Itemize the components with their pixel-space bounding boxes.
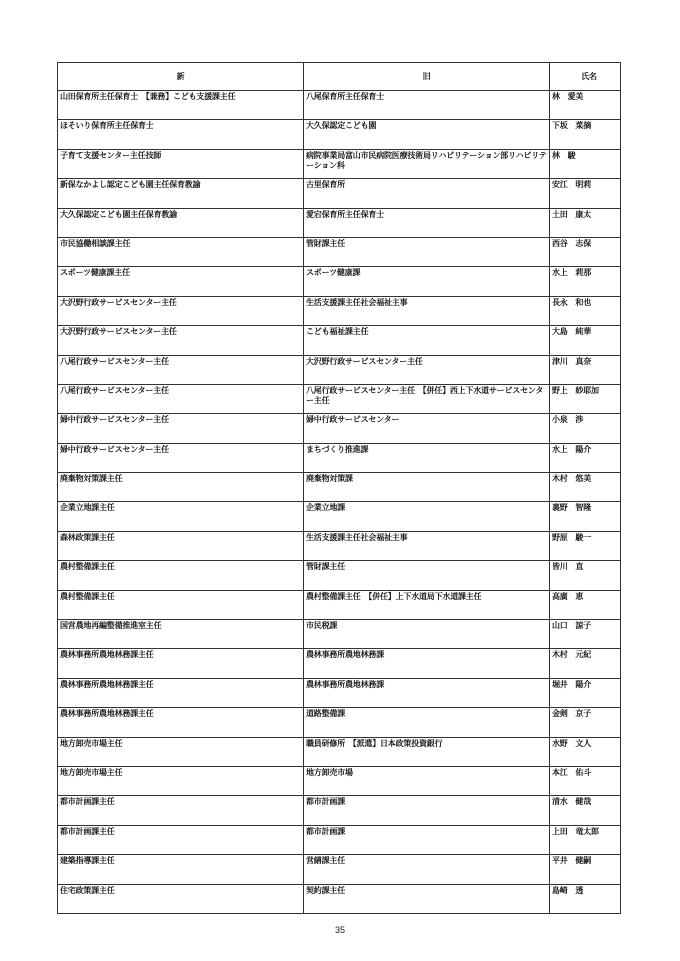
new-position-cell: 森林政策課主任 [58, 531, 304, 560]
old-position-cell: 企業立地課 [304, 502, 550, 531]
table-row: 建築指導課主任営繕課主任平井 健嗣 [58, 855, 621, 884]
old-position-cell: 生活支援課主任社会福祉主事 [304, 296, 550, 325]
table-row: 大沢野行政サービスセンター主任こども福祉課主任大島 純華 [58, 326, 621, 355]
table-row: 農林事務所農地林務課主任農林事務所農地林務課堀井 陽介 [58, 678, 621, 707]
table-row: 市民協働相談課主任管財課主任西谷 志保 [58, 237, 621, 266]
new-position-cell: 農林事務所農地林務課主任 [58, 649, 304, 678]
new-position-cell: 企業立地課主任 [58, 502, 304, 531]
name-cell: 西谷 志保 [550, 237, 621, 266]
table-row: 農村整備課主任農村整備課主任 【併任】上下水道局下水道課主任高廣 恵 [58, 590, 621, 619]
old-position-cell: 農林事務所農地林務課 [304, 649, 550, 678]
name-cell: 木村 悠美 [550, 473, 621, 502]
new-position-cell: 都市計画課主任 [58, 796, 304, 825]
table-row: 婦中行政サービスセンター主任まちづくり推進課水上 陽介 [58, 443, 621, 472]
header-new-position: 新 [58, 63, 304, 91]
table-row: 八尾行政サービスセンター主任大沢野行政サービスセンター主任津川 真奈 [58, 355, 621, 384]
table-row: 廃棄物対策課主任廃棄物対策課木村 悠美 [58, 473, 621, 502]
old-position-cell: 愛宕保育所主任保育士 [304, 208, 550, 237]
table-row: 大沢野行政サービスセンター主任生活支援課主任社会福祉主事長永 和也 [58, 296, 621, 325]
table-header-row: 新 旧 氏名 [58, 63, 621, 91]
name-cell: 裏野 智隆 [550, 502, 621, 531]
old-position-cell: こども福祉課主任 [304, 326, 550, 355]
name-cell: 島崎 透 [550, 884, 621, 913]
new-position-cell: スポーツ健康課主任 [58, 267, 304, 296]
name-cell: 堀井 陽介 [550, 678, 621, 707]
table-body: 山田保育所主任保育士 【兼務】こども支援課主任八尾保育所主任保育士林 愛美ほそい… [58, 91, 621, 914]
table-row: ほそいり保育所主任保育士大久保認定こども園下坂 菜摘 [58, 120, 621, 149]
old-position-cell: 都市計画課 [304, 825, 550, 854]
old-position-cell: 営繕課主任 [304, 855, 550, 884]
name-cell: 津川 真奈 [550, 355, 621, 384]
name-cell: 長永 和也 [550, 296, 621, 325]
new-position-cell: 婦中行政サービスセンター主任 [58, 443, 304, 472]
old-position-cell: スポーツ健康課 [304, 267, 550, 296]
old-position-cell: まちづくり推進課 [304, 443, 550, 472]
table-row: 子育て支援センター主任技師病院事業局富山市民病院医療技術局リハビリテーション部リ… [58, 149, 621, 178]
table-row: 地方卸売市場主任職員研修所 【派遣】日本政策投資銀行水野 文人 [58, 737, 621, 766]
name-cell: 水上 莉那 [550, 267, 621, 296]
table-row: スポーツ健康課主任スポーツ健康課水上 莉那 [58, 267, 621, 296]
name-cell: 林 駿 [550, 149, 621, 178]
new-position-cell: 山田保育所主任保育士 【兼務】こども支援課主任 [58, 91, 304, 120]
table-row: 都市計画課主任都市計画課上田 竜太郎 [58, 825, 621, 854]
name-cell: 安江 明莉 [550, 179, 621, 208]
table-row: 新保なかよし認定こども園主任保育教諭古里保育所安江 明莉 [58, 179, 621, 208]
new-position-cell: 建築指導課主任 [58, 855, 304, 884]
old-position-cell: 契約課主任 [304, 884, 550, 913]
table-row: 山田保育所主任保育士 【兼務】こども支援課主任八尾保育所主任保育士林 愛美 [58, 91, 621, 120]
new-position-cell: 廃棄物対策課主任 [58, 473, 304, 502]
new-position-cell: 新保なかよし認定こども園主任保育教諭 [58, 179, 304, 208]
new-position-cell: 農村整備課主任 [58, 561, 304, 590]
name-cell: 平井 健嗣 [550, 855, 621, 884]
new-position-cell: 農林事務所農地林務課主任 [58, 678, 304, 707]
name-cell: 皆川 直 [550, 561, 621, 590]
old-position-cell: 生活支援課主任社会福祉主事 [304, 531, 550, 560]
name-cell: 野原 駿一 [550, 531, 621, 560]
old-position-cell: 職員研修所 【派遣】日本政策投資銀行 [304, 737, 550, 766]
table-row: 住宅政策課主任契約課主任島崎 透 [58, 884, 621, 913]
table-row: 企業立地課主任企業立地課裏野 智隆 [58, 502, 621, 531]
personnel-transfer-table: 新 旧 氏名 山田保育所主任保育士 【兼務】こども支援課主任八尾保育所主任保育士… [57, 62, 621, 914]
new-position-cell: 農村整備課主任 [58, 590, 304, 619]
old-position-cell: 婦中行政サービスセンター [304, 414, 550, 443]
new-position-cell: 都市計画課主任 [58, 825, 304, 854]
new-position-cell: 大沢野行政サービスセンター主任 [58, 326, 304, 355]
table-row: 農村整備課主任管財課主任皆川 直 [58, 561, 621, 590]
table-row: 婦中行政サービスセンター主任婦中行政サービスセンター小泉 渉 [58, 414, 621, 443]
old-position-cell: 八尾行政サービスセンター主任 【併任】西上下水道サービスセンター主任 [304, 384, 550, 413]
name-cell: 大島 純華 [550, 326, 621, 355]
old-position-cell: 道路整備課 [304, 708, 550, 737]
name-cell: 下坂 菜摘 [550, 120, 621, 149]
new-position-cell: 地方卸売市場主任 [58, 737, 304, 766]
new-position-cell: 八尾行政サービスセンター主任 [58, 355, 304, 384]
old-position-cell: 廃棄物対策課 [304, 473, 550, 502]
table-row: 森林政策課主任生活支援課主任社会福祉主事野原 駿一 [58, 531, 621, 560]
new-position-cell: 大久保認定こども園主任保育教諭 [58, 208, 304, 237]
old-position-cell: 都市計画課 [304, 796, 550, 825]
name-cell: 野上 紗耶加 [550, 384, 621, 413]
table-row: 大久保認定こども園主任保育教諭愛宕保育所主任保育士土田 康太 [58, 208, 621, 237]
new-position-cell: 住宅政策課主任 [58, 884, 304, 913]
old-position-cell: 農村整備課主任 【併任】上下水道局下水道課主任 [304, 590, 550, 619]
old-position-cell: 管財課主任 [304, 561, 550, 590]
table-row: 国営農地再編整備推進室主任市民税課山口 諒子 [58, 620, 621, 649]
table-row: 八尾行政サービスセンター主任八尾行政サービスセンター主任 【併任】西上下水道サー… [58, 384, 621, 413]
document-page: 新 旧 氏名 山田保育所主任保育士 【兼務】こども支援課主任八尾保育所主任保育士… [0, 0, 680, 961]
name-cell: 清水 健哉 [550, 796, 621, 825]
old-position-cell: 管財課主任 [304, 237, 550, 266]
old-position-cell: 大久保認定こども園 [304, 120, 550, 149]
name-cell: 木村 元紀 [550, 649, 621, 678]
name-cell: 小泉 渉 [550, 414, 621, 443]
new-position-cell: 八尾行政サービスセンター主任 [58, 384, 304, 413]
header-old-position: 旧 [304, 63, 550, 91]
old-position-cell: 大沢野行政サービスセンター主任 [304, 355, 550, 384]
new-position-cell: 婦中行政サービスセンター主任 [58, 414, 304, 443]
header-name: 氏名 [550, 63, 621, 91]
old-position-cell: 古里保育所 [304, 179, 550, 208]
table-row: 農林事務所農地林務課主任農林事務所農地林務課木村 元紀 [58, 649, 621, 678]
old-position-cell: 病院事業局富山市民病院医療技術局リハビリテーション部リハビリテーション科 [304, 149, 550, 178]
old-position-cell: 八尾保育所主任保育士 [304, 91, 550, 120]
name-cell: 水野 文人 [550, 737, 621, 766]
new-position-cell: 子育て支援センター主任技師 [58, 149, 304, 178]
name-cell: 金剣 京子 [550, 708, 621, 737]
page-number: 35 [0, 925, 680, 935]
name-cell: 本江 佑斗 [550, 766, 621, 795]
name-cell: 土田 康太 [550, 208, 621, 237]
old-position-cell: 市民税課 [304, 620, 550, 649]
new-position-cell: 市民協働相談課主任 [58, 237, 304, 266]
name-cell: 水上 陽介 [550, 443, 621, 472]
old-position-cell: 地方卸売市場 [304, 766, 550, 795]
name-cell: 山口 諒子 [550, 620, 621, 649]
new-position-cell: 大沢野行政サービスセンター主任 [58, 296, 304, 325]
table-row: 農林事務所農地林務課主任道路整備課金剣 京子 [58, 708, 621, 737]
new-position-cell: ほそいり保育所主任保育士 [58, 120, 304, 149]
new-position-cell: 地方卸売市場主任 [58, 766, 304, 795]
old-position-cell: 農林事務所農地林務課 [304, 678, 550, 707]
table-row: 都市計画課主任都市計画課清水 健哉 [58, 796, 621, 825]
new-position-cell: 国営農地再編整備推進室主任 [58, 620, 304, 649]
new-position-cell: 農林事務所農地林務課主任 [58, 708, 304, 737]
name-cell: 林 愛美 [550, 91, 621, 120]
table-row: 地方卸売市場主任地方卸売市場本江 佑斗 [58, 766, 621, 795]
name-cell: 上田 竜太郎 [550, 825, 621, 854]
name-cell: 高廣 恵 [550, 590, 621, 619]
